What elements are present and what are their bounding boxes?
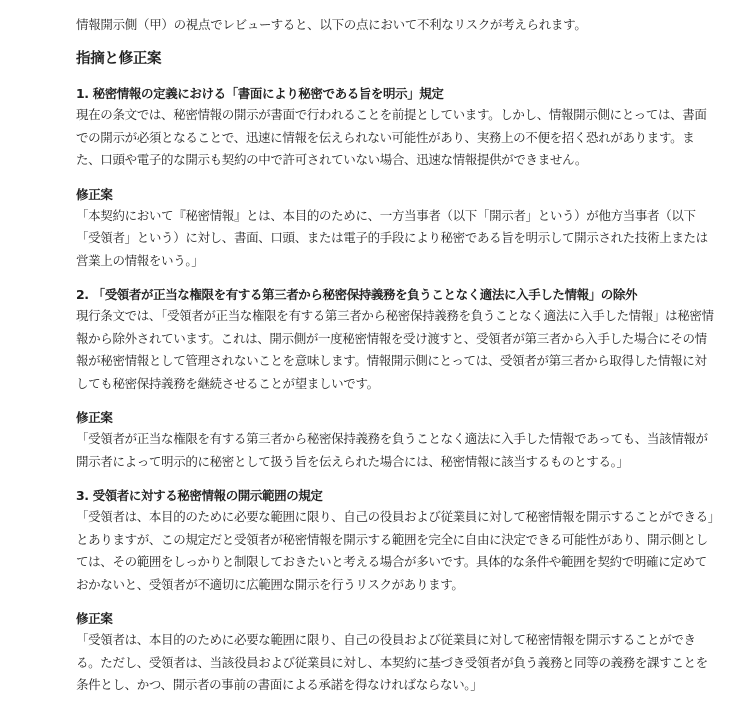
section-heading: 指摘と修正案 xyxy=(76,48,711,70)
intro-text: 情報開示側（甲）の視点でレビューすると、以下の点において不利なリスクが考えられま… xyxy=(76,14,711,36)
issue-title: 1. 秘密情報の定義における「書面により秘密である旨を明示」規定 xyxy=(76,84,711,104)
fix-text: 「受領者が正当な権限を有する第三者から秘密保持義務を負うことなく適法に入手した情… xyxy=(76,428,716,473)
document-body: 情報開示側（甲）の視点でレビューすると、以下の点において不利なリスクが考えられま… xyxy=(0,0,751,697)
issue-body: 現在の条文では、秘密情報の開示が書面で行われることを前提としています。しかし、情… xyxy=(76,104,716,172)
issue-section-2: 2. 「受領者が正当な権限を有する第三者から秘密保持義務を負うことなく適法に入手… xyxy=(76,285,711,473)
issue-body: 現行条文では、「受領者が正当な権限を有する第三者から秘密保持義務を負うことなく適… xyxy=(76,305,716,395)
issue-title: 3. 受領者に対する秘密情報の開示範囲の規定 xyxy=(76,486,711,506)
fix-label: 修正案 xyxy=(76,609,711,629)
issue-body: 「受領者は、本目的のために必要な範囲に限り、自己の役員および従業員に対して秘密情… xyxy=(76,506,716,596)
issue-section-1: 1. 秘密情報の定義における「書面により秘密である旨を明示」規定 現在の条文では… xyxy=(76,84,711,272)
fix-label: 修正案 xyxy=(76,185,711,205)
fix-text: 「本契約において『秘密情報』とは、本目的のために、一方当事者（以下「開示者」とい… xyxy=(76,205,716,273)
issue-title: 2. 「受領者が正当な権限を有する第三者から秘密保持義務を負うことなく適法に入手… xyxy=(76,285,711,305)
issue-section-3: 3. 受領者に対する秘密情報の開示範囲の規定 「受領者は、本目的のために必要な範… xyxy=(76,486,711,697)
fix-label: 修正案 xyxy=(76,408,711,428)
fix-text: 「受領者は、本目的のために必要な範囲に限り、自己の役員および従業員に対して秘密情… xyxy=(76,629,716,697)
